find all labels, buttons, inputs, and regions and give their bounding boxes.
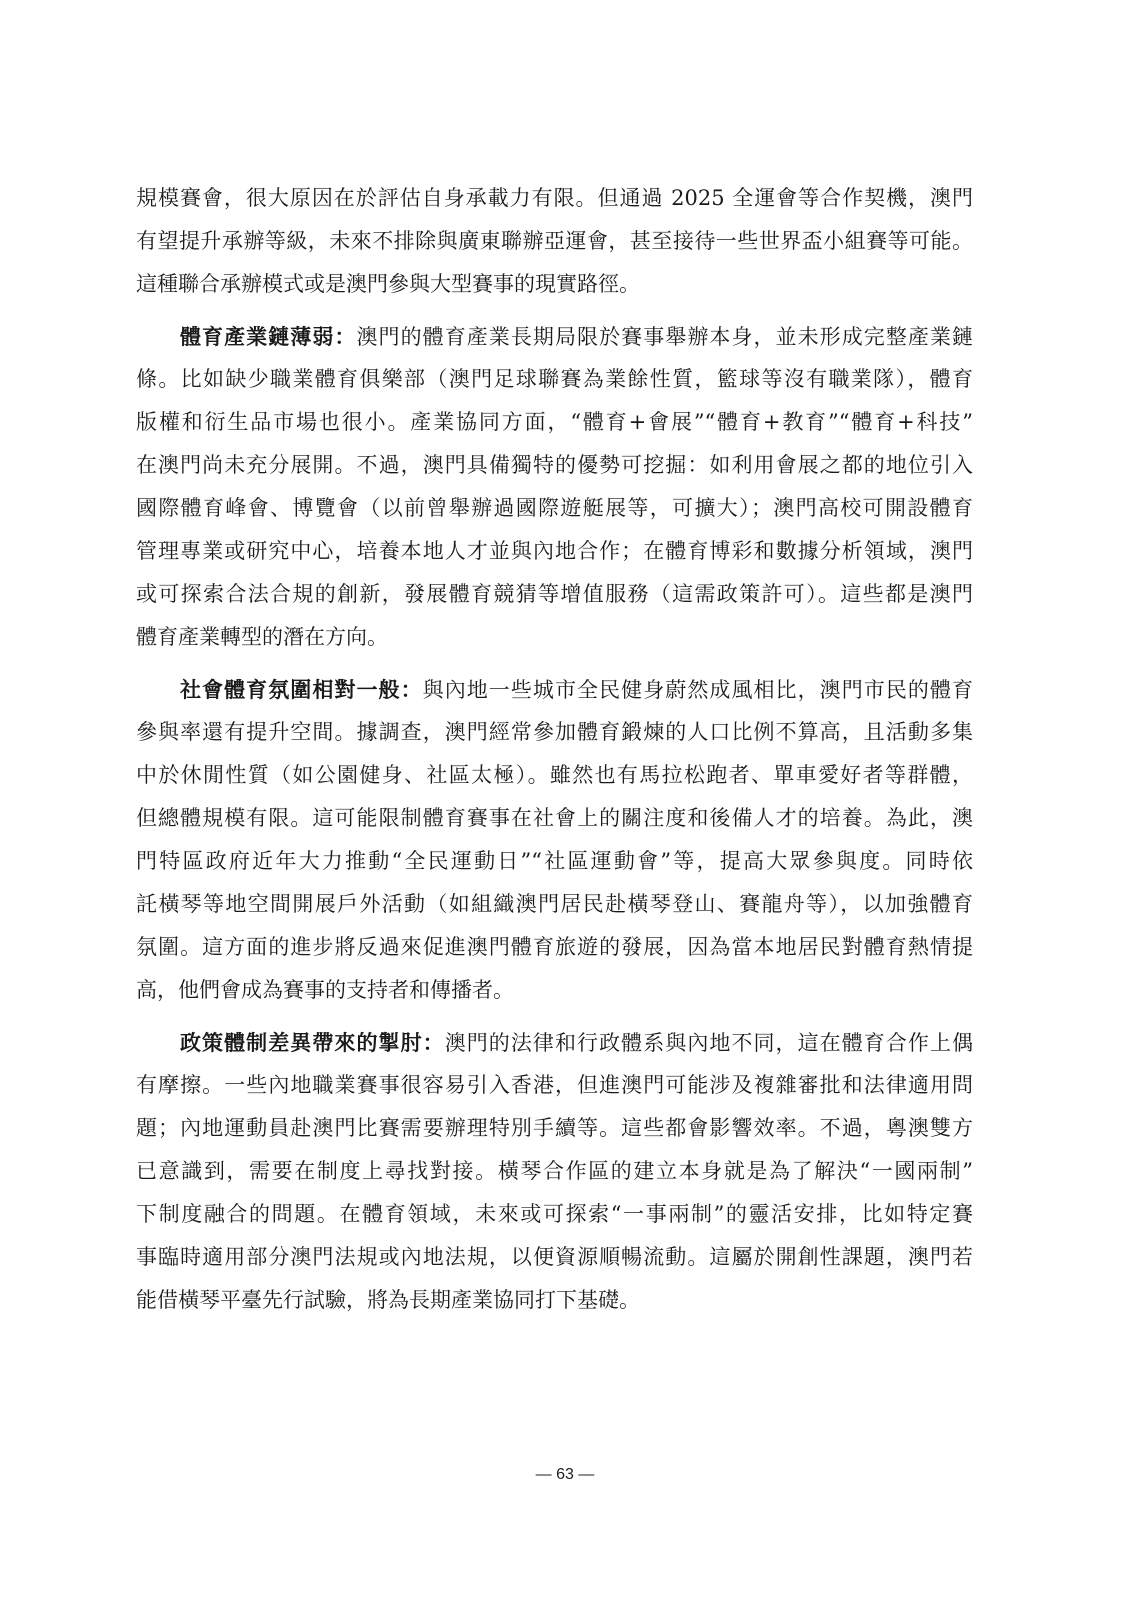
text-line: 題；內地運動員赴澳門比賽需要辦理特別手續等。這些都會影響效率。不過，粵澳雙方	[136, 1107, 973, 1150]
text-line: 下制度融合的問題。在體育領域，未來或可探索“一事兩制”的靈活安排，比如特定賽	[136, 1193, 973, 1236]
paragraph-heading: 體育產業鏈薄弱：	[180, 324, 356, 349]
text-line: 參與率還有提升空間。據調查，澳門經常參加體育鍛煉的人口比例不算高，且活動多集	[136, 711, 973, 754]
text-line: 條。比如缺少職業體育俱樂部（澳門足球聯賽為業餘性質，籃球等沒有職業隊），體育	[136, 358, 973, 401]
text-line: 有摩擦。一些內地職業賽事很容易引入香港，但進澳門可能涉及複雜審批和法律適用問	[136, 1064, 973, 1107]
text-line: 這種聯合承辦模式或是澳門參與大型賽事的現實路徑。	[136, 263, 973, 306]
text-run: 與內地一些城市全民健身蔚然成風相比，澳門市民的體育	[423, 678, 973, 702]
text-line: 但總體規模有限。這可能限制體育賽事在社會上的關注度和後備人才的培養。為此，澳	[136, 797, 973, 840]
text-line: 已意識到，需要在制度上尋找對接。橫琴合作區的建立本身就是為了解決“一國兩制”	[136, 1150, 973, 1193]
text-line: 氛圍。這方面的進步將反過來促進澳門體育旅遊的發展，因為當本地居民對體育熱情提	[136, 926, 973, 969]
text-line: 或可探索合法合規的創新，發展體育競猜等增值服務（這需政策許可）。這些都是澳門	[136, 573, 973, 616]
text-line: 在澳門尚未充分展開。不過，澳門具備獨特的優勢可挖掘：如利用會展之都的地位引入	[136, 444, 973, 487]
paragraph-heading: 社會體育氛圍相對一般：	[180, 677, 423, 702]
text-line: 高，他們會成為賽事的支持者和傳播者。	[136, 969, 973, 1012]
text-line: 規模賽會，很大原因在於評估自身承載力有限。但通過 2025 全運會等合作契機，澳…	[136, 177, 973, 220]
text-line: 體育產業鏈薄弱：澳門的體育產業長期局限於賽事舉辦本身，並未形成完整產業鏈	[136, 315, 973, 358]
text-run: 澳門的法律和行政體系與內地不同，這在體育合作上偶	[445, 1031, 973, 1055]
text-line: 事臨時適用部分澳門法規或內地法規，以便資源順暢流動。這屬於開創性課題，澳門若	[136, 1236, 973, 1279]
text-line: 體育產業轉型的潛在方向。	[136, 616, 973, 659]
text-line: 版權和衍生品市場也很小。產業協同方面，“體育+會展”“體育+教育”“體育+科技”	[136, 401, 973, 444]
text-line: 門特區政府近年大力推動“全民運動日”“社區運動會”等，提高大眾參與度。同時依	[136, 840, 973, 883]
text-line: 有望提升承辦等級，未來不排除與廣東聯辦亞運會，甚至接待一些世界盃小組賽等可能。	[136, 220, 973, 263]
paragraph-industry-chain: 體育產業鏈薄弱：澳門的體育產業長期局限於賽事舉辦本身，並未形成完整產業鏈 條。比…	[136, 315, 973, 659]
text-line: 中於休閒性質（如公園健身、社區太極）。雖然也有馬拉松跑者、單車愛好者等群體，	[136, 754, 973, 797]
text-run: 澳門的體育產業長期局限於賽事舉辦本身，並未形成完整產業鏈	[356, 325, 973, 349]
paragraph-policy-differences: 政策體制差異帶來的掣肘：澳門的法律和行政體系與內地不同，這在體育合作上偶 有摩擦…	[136, 1021, 973, 1322]
body-text: 規模賽會，很大原因在於評估自身承載力有限。但通過 2025 全運會等合作契機，澳…	[136, 177, 973, 1331]
text-line: 國際體育峰會、博覽會（以前曾舉辦過國際遊艇展等，可擴大）；澳門高校可開設體育	[136, 487, 973, 530]
paragraph-social-atmosphere: 社會體育氛圍相對一般：與內地一些城市全民健身蔚然成風相比，澳門市民的體育 參與率…	[136, 668, 973, 1012]
text-line: 託橫琴等地空間開展戶外活動（如組織澳門居民赴橫琴登山、賽龍舟等），以加強體育	[136, 883, 973, 926]
document-page: 規模賽會，很大原因在於評估自身承載力有限。但通過 2025 全運會等合作契機，澳…	[0, 0, 1130, 1600]
text-line: 管理專業或研究中心，培養本地人才並與內地合作；在體育博彩和數據分析領域，澳門	[136, 530, 973, 573]
paragraph-hosting-capacity: 規模賽會，很大原因在於評估自身承載力有限。但通過 2025 全運會等合作契機，澳…	[136, 177, 973, 306]
page-number: — 63 —	[0, 1466, 1130, 1484]
text-line: 政策體制差異帶來的掣肘：澳門的法律和行政體系與內地不同，這在體育合作上偶	[136, 1021, 973, 1064]
text-line: 能借橫琴平臺先行試驗，將為長期產業協同打下基礎。	[136, 1279, 973, 1322]
paragraph-heading: 政策體制差異帶來的掣肘：	[180, 1030, 445, 1055]
text-line: 社會體育氛圍相對一般：與內地一些城市全民健身蔚然成風相比，澳門市民的體育	[136, 668, 973, 711]
